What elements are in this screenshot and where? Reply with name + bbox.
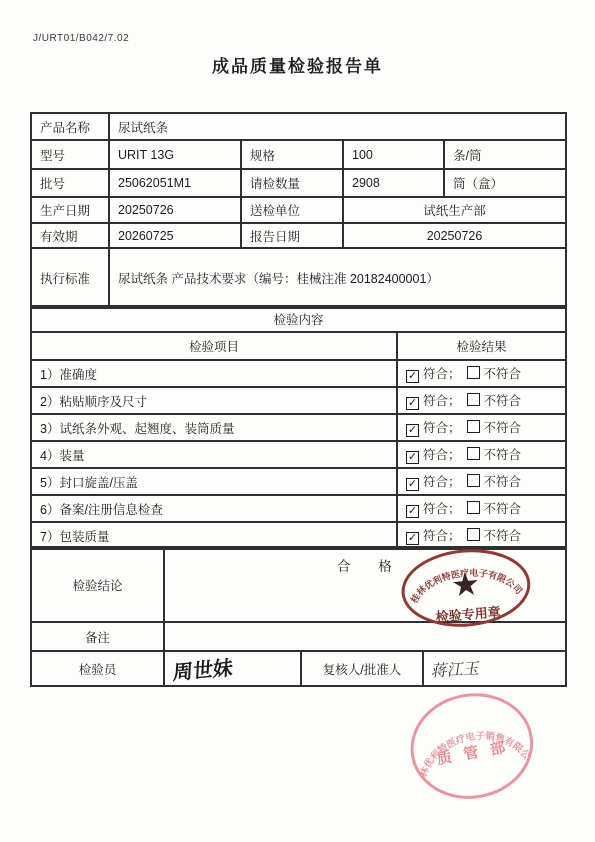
model-value: URIT 13G (109, 140, 241, 169)
fail-checkbox (467, 447, 480, 460)
inspection-result: ✓符合；不符合 (397, 441, 566, 468)
table-row: 生产日期 20250726 送检单位 试纸生产部 (31, 197, 566, 223)
standard-label: 执行标准 (31, 248, 109, 308)
doc-number: J/URT01/B042/7.02 (33, 33, 129, 44)
table-row: 6）备案/注册信息检查 ✓符合；不符合 (31, 495, 566, 522)
qty-value: 2908 (343, 169, 444, 197)
qty-label: 请检数量 (241, 169, 343, 197)
table-row: 检验内容 (31, 306, 566, 332)
prod-date-label: 生产日期 (31, 197, 109, 223)
inspection-item: 6）备案/注册信息检查 (31, 495, 397, 522)
inspection-result: ✓符合；不符合 (397, 387, 566, 414)
inspection-item: 5）封口旋盖/压盖 (31, 468, 397, 495)
inspection-result: ✓符合；不符合 (397, 414, 566, 441)
table-row: 3）试纸条外观、起翘度、装筒质量 ✓符合；不符合 (31, 414, 566, 441)
remark-value (164, 622, 566, 651)
spec-value: 100 (343, 140, 444, 169)
table-row: 备注 (31, 622, 566, 651)
inspection-result: ✓符合；不符合 (397, 495, 566, 522)
fail-checkbox (467, 474, 480, 487)
report-date-value: 20250726 (343, 223, 566, 248)
table-row: 检验员 周世妹 复核人/批准人 蒋江玉 (31, 651, 566, 686)
table-row: 检验项目 检验结果 (31, 332, 566, 360)
expiry-label: 有效期 (31, 223, 109, 248)
fail-label: 不符合 (484, 529, 522, 543)
expiry-value: 20260725 (109, 223, 241, 248)
fail-label: 不符合 (484, 448, 522, 462)
fail-label: 不符合 (484, 367, 522, 381)
table-row: 1）准确度 ✓符合；不符合 (31, 360, 566, 387)
fail-label: 不符合 (484, 394, 522, 408)
fail-checkbox (467, 420, 480, 433)
inspection-item: 4）装量 (31, 441, 397, 468)
pass-checkbox-checked: ✓ (406, 451, 419, 464)
spec-unit: 条/筒 (444, 140, 566, 169)
reviewer-signature: 蒋江玉 (430, 656, 482, 682)
item-header: 检验项目 (31, 332, 397, 360)
inspection-result: ✓符合；不符合 (397, 468, 566, 495)
pass-checkbox-checked: ✓ (406, 532, 419, 545)
reviewer-signature-cell: 蒋江玉 (423, 651, 566, 686)
inspector-signature-cell: 周世妹 (164, 651, 301, 686)
fail-checkbox (467, 366, 480, 379)
svg-text:桂林优利特医疗电子销售有限公司: 桂林优利特医疗电子销售有限公司 (395, 679, 533, 783)
standard-value: 尿试纸条 产品技术要求（编号：桂械注准 20182400001） (109, 248, 566, 308)
quality-dept-stamp: 桂林优利特医疗电子销售有限公司 质 管 部 (395, 679, 549, 815)
inspection-result: ✓符合；不符合 (397, 360, 566, 387)
qty-unit: 筒（盒） (444, 169, 566, 197)
conclusion-cell: 合 格 (164, 547, 566, 622)
inspection-table: 检验内容 检验项目 检验结果 1）准确度 ✓符合；不符合 2）粘贴顺序及尺寸 ✓… (30, 305, 567, 550)
pass-label: 符合； (423, 367, 461, 381)
page-title: 成品质量检验报告单 (0, 52, 595, 77)
inspection-item: 2）粘贴顺序及尺寸 (31, 387, 397, 414)
quality-stamp-company: 桂林优利特医疗电子销售有限公司 (395, 679, 533, 783)
product-info-table: 产品名称 尿试纸条 型号 URIT 13G 规格 100 条/筒 批号 2506… (30, 112, 567, 309)
inspector-label: 检验员 (31, 651, 164, 686)
batch-label: 批号 (31, 169, 109, 197)
pass-label: 符合； (423, 448, 461, 462)
remark-label: 备注 (31, 622, 164, 651)
table-row: 检验结论 合 格 (31, 547, 566, 622)
fail-label: 不符合 (484, 502, 522, 516)
batch-value: 25062051M1 (109, 169, 241, 197)
table-row: 4）装量 ✓符合；不符合 (31, 441, 566, 468)
fail-checkbox (467, 393, 480, 406)
pass-checkbox-checked: ✓ (406, 370, 419, 383)
report-date-label: 报告日期 (241, 223, 343, 248)
table-row: 批号 25062051M1 请检数量 2908 筒（盒） (31, 169, 566, 197)
pass-label: 符合； (423, 529, 461, 543)
fail-label: 不符合 (484, 475, 522, 489)
pass-checkbox-checked: ✓ (406, 397, 419, 410)
pass-label: 符合； (423, 421, 461, 435)
pass-checkbox-checked: ✓ (406, 478, 419, 491)
fail-label: 不符合 (484, 421, 522, 435)
fail-checkbox (467, 501, 480, 514)
pass-checkbox-checked: ✓ (406, 424, 419, 437)
pass-label: 符合； (423, 475, 461, 489)
reviewer-label: 复核人/批准人 (301, 651, 423, 686)
conclusion-result: 合 格 (337, 555, 404, 575)
quality-stamp-dept: 质 管 部 (435, 738, 510, 768)
model-label: 型号 (31, 140, 109, 169)
product-name-label: 产品名称 (31, 113, 109, 140)
submit-dept-value: 试纸生产部 (343, 197, 566, 223)
inspection-item: 7）包装质量 (31, 522, 397, 549)
inspector-signature: 周世妹 (172, 651, 233, 685)
table-row: 5）封口旋盖/压盖 ✓符合；不符合 (31, 468, 566, 495)
signoff-table: 检验结论 合 格 备注 检验员 周世妹 复核人/批准人 蒋江玉 (30, 546, 567, 687)
inspection-item: 1）准确度 (31, 360, 397, 387)
pass-checkbox-checked: ✓ (406, 505, 419, 518)
spec-label: 规格 (241, 140, 343, 169)
inspection-result: ✓符合；不符合 (397, 522, 566, 549)
table-row: 2）粘贴顺序及尺寸 ✓符合；不符合 (31, 387, 566, 414)
product-name-value: 尿试纸条 (109, 113, 566, 140)
table-row: 型号 URIT 13G 规格 100 条/筒 (31, 140, 566, 169)
table-row: 有效期 20260725 报告日期 20250726 (31, 223, 566, 248)
pass-label: 符合； (423, 394, 461, 408)
table-row: 7）包装质量 ✓符合；不符合 (31, 522, 566, 549)
inspection-item: 3）试纸条外观、起翘度、装筒质量 (31, 414, 397, 441)
table-row: 产品名称 尿试纸条 (31, 113, 566, 140)
prod-date-value: 20250726 (109, 197, 241, 223)
inspection-section-title: 检验内容 (31, 306, 566, 332)
submit-dept-label: 送检单位 (241, 197, 343, 223)
pass-label: 符合； (423, 502, 461, 516)
conclusion-label: 检验结论 (31, 547, 164, 622)
fail-checkbox (467, 528, 480, 541)
inspection-report-page: J/URT01/B042/7.02 成品质量检验报告单 产品名称 尿试纸条 型号… (0, 0, 595, 842)
result-header: 检验结果 (397, 332, 566, 360)
table-row: 执行标准 尿试纸条 产品技术要求（编号：桂械注准 20182400001） (31, 248, 566, 308)
